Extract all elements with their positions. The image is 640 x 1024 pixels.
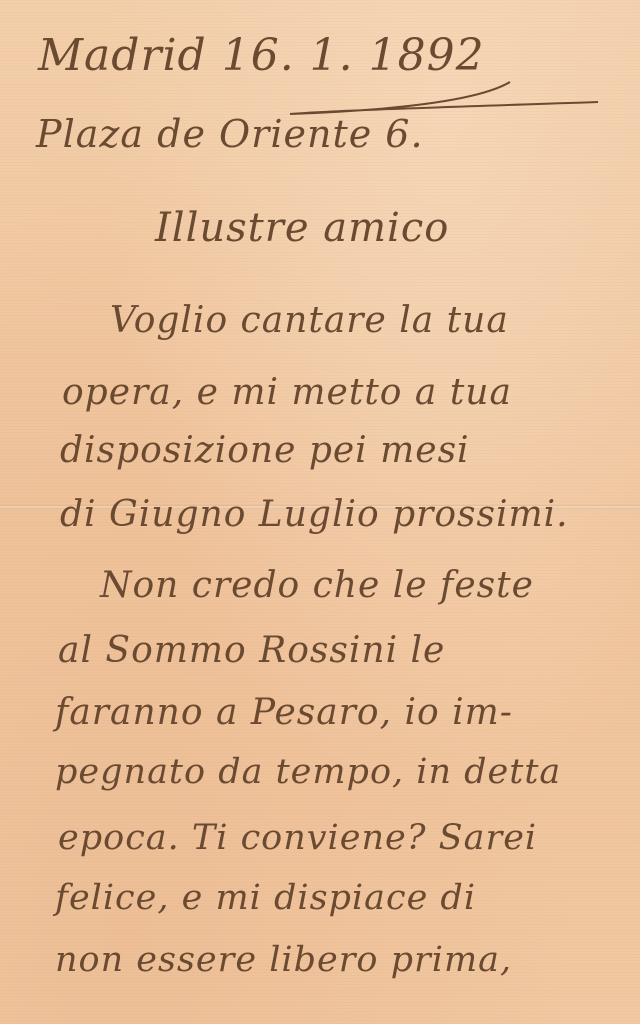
body-line: Voglio cantare la tua — [110, 300, 509, 341]
body-line: disposizione pei mesi — [60, 430, 470, 471]
body-line: Non credo che le feste — [100, 565, 534, 606]
body-line: felice, e mi dispiace di — [55, 878, 476, 918]
body-line: non essere libero prima, — [55, 940, 512, 980]
body-line: opera, e mi metto a tua — [62, 372, 512, 413]
body-line: epoca. Ti conviene? Sarei — [58, 818, 537, 858]
body-line: di Giugno Luglio prossimi. — [60, 494, 569, 535]
address-line: Plaza de Oriente 6. — [36, 112, 424, 156]
body-line: al Sommo Rossini le — [58, 630, 445, 671]
body-line: faranno a Pesaro, io im- — [55, 692, 513, 733]
date-line: Madrid 16. 1. 1892 — [38, 30, 485, 81]
salutation: Illustre amico — [155, 205, 449, 251]
body-line: pegnato da tempo, in detta — [55, 752, 561, 792]
